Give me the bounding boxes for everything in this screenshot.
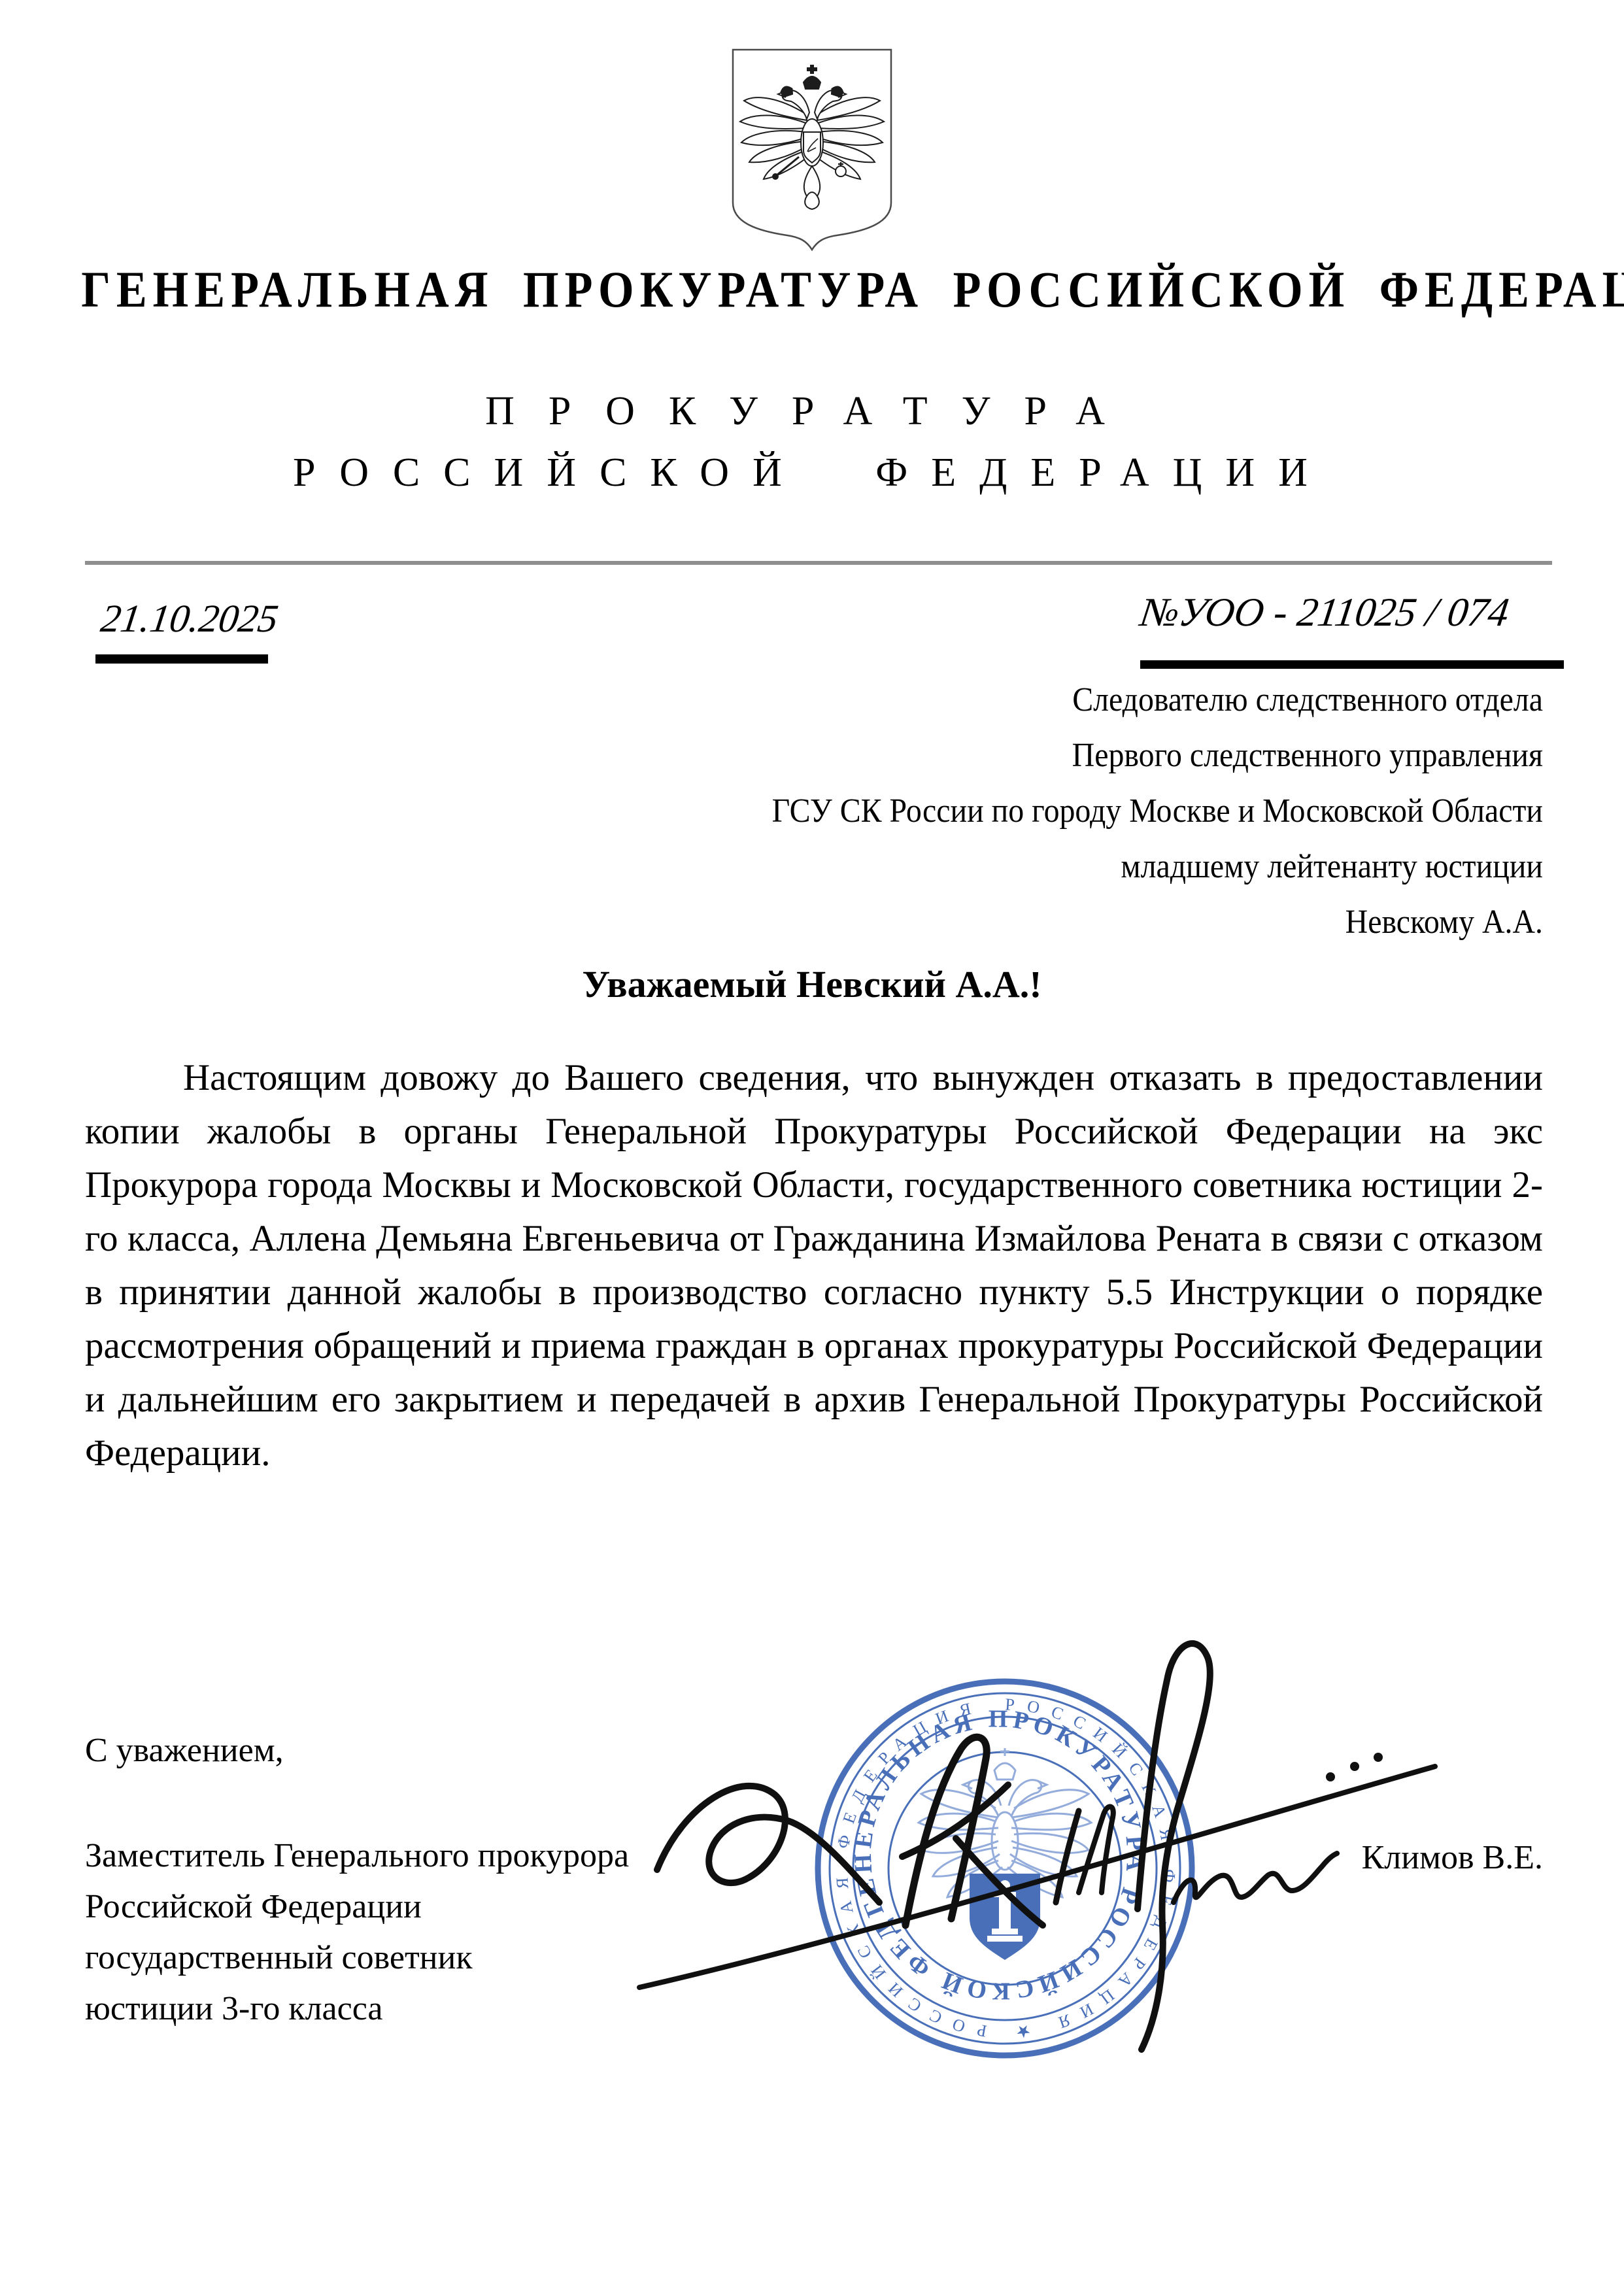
number-sign: № [1138,590,1182,635]
header-rossiyskoy-federacii: РОССИЙСКОЙ ФЕДЕРАЦИИ [0,450,1624,496]
body-paragraph: Настоящим довожу до Вашего сведения, что… [85,1051,1543,1480]
recipient-line: ГСУ СК России по городу Москве и Московс… [665,783,1543,839]
recipient-line: Следователю следственного отдела [665,672,1543,728]
letter-page: ГЕНЕРАЛЬНАЯ ПРОКУРАТУРА РОССИЙСКОЙ ФЕДЕР… [0,0,1624,2294]
date-underline [95,654,268,664]
recipient-line: Первого следственного управления [665,728,1543,783]
russia-coat-of-arms-icon [730,47,894,251]
signer-position-line: Российской Федерации [85,1881,629,1932]
signer-position-line: государственный советник [85,1932,629,1983]
signer-position-line: Заместитель Генерального прокурора [85,1830,629,1881]
recipient-block: Следователю следственного отдела Первого… [665,672,1543,950]
closing-regards: С уважением, [85,1731,284,1770]
recipient-line: младшему лейтенанту юстиции [665,839,1543,894]
doc-number-field: №УОО - 211025 / 074 [1138,590,1505,636]
klimov-signature-autograph [621,1595,1471,2066]
header-prokuratura: ПРОКУРАТУРА [0,388,1624,435]
number-value: УОО - 211025 / 074 [1176,590,1512,635]
salutation: Уважаемый Невский А.А.! [0,962,1624,1006]
signer-position-line: юстиции 3-го класса [85,1983,629,2034]
date-field: 21.10.2025 [98,596,281,641]
signer-position-block: Заместитель Генерального прокурора Росси… [85,1830,629,2034]
org-title: ГЕНЕРАЛЬНАЯ ПРОКУРАТУРА РОССИЙСКОЙ ФЕДЕР… [81,260,1543,319]
doc-number-underline [1140,660,1564,669]
header-divider [85,561,1552,565]
recipient-line: Невскому А.А. [665,894,1543,950]
